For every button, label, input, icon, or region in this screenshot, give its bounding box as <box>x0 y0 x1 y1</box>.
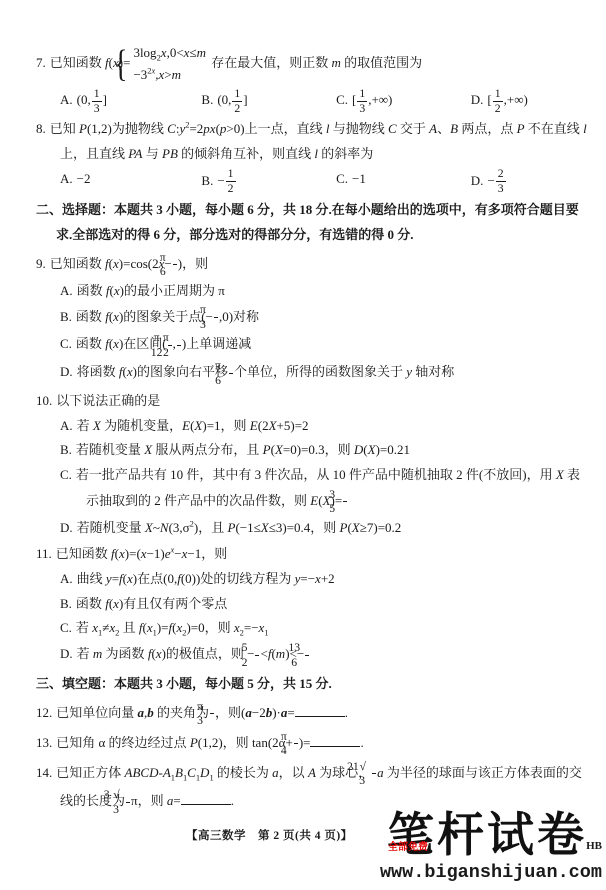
option-label: A. <box>60 571 73 586</box>
option-text: −12 <box>217 173 236 188</box>
page-footer: 【高三数学 第 2 页(共 4 页)】 <box>186 826 353 848</box>
question-number: 13. <box>36 735 52 750</box>
option-label: A. <box>60 171 73 186</box>
option-label: D. <box>60 646 73 661</box>
option-label: A. <box>60 92 73 107</box>
option-d: D.若随机变量 X~N(3,σ2)，且 P(−1≤X≤3)=0.4，则 P(X≥… <box>36 516 592 541</box>
question-body: 已知 P(1,2)为抛物线 C:y2=2px(p>0)上一点，直线 l 与抛物线… <box>50 121 587 161</box>
option-label: C. <box>336 171 348 186</box>
question-11: 11.已知函数 f(x)=(x−1)ex−x−1，则 A.曲线 y=f(x)在点… <box>36 542 592 669</box>
question-7: 7.已知函数 f(x)={3log2x,0<x≤m−32x,x>m 存在最大值，… <box>36 42 592 115</box>
option-text: [12,+∞) <box>487 92 527 107</box>
question-number: 12. <box>36 705 52 720</box>
option-label: D. <box>60 364 73 379</box>
question-7-options: A.(0,13] B.(0,12] C.[13,+∞) D.[12,+∞) <box>36 87 592 115</box>
option-b: B.−12 <box>201 167 336 195</box>
option-text: 函数 f(x)有且仅有两个零点 <box>76 596 227 611</box>
question-number: 8. <box>36 121 46 136</box>
option-text: 若一批产品共有 10 件，其中有 3 件次品，从 10 件产品中随机抽取 2 件… <box>76 467 580 508</box>
question-number: 7. <box>36 55 46 70</box>
option-b: B.函数 f(x)有且仅有两个零点 <box>36 592 592 617</box>
option-label: D. <box>471 173 484 188</box>
question-9-text: 9.已知函数 f(x)=cos(2x−π6)，则 <box>36 251 592 279</box>
question-13-text: 13.已知角 α 的终边经过点 P(1,2)，则 tan(2α+π4)=. <box>36 730 592 758</box>
option-text: 将函数 f(x)的图象向右平移π6个单位，所得的函数图象关于 y 轴对称 <box>77 364 455 379</box>
option-text: −1 <box>352 171 366 186</box>
option-text: 若随机变量 X~N(3,σ2)，且 P(−1≤X≤3)=0.4，则 P(X≥7)… <box>77 520 402 535</box>
question-number: 14. <box>36 765 52 780</box>
watermark-free-label: 全部免费 <box>388 838 428 857</box>
option-text: 函数 f(x)的图象关于点(−π3,0)对称 <box>76 309 259 324</box>
option-c: C.若 x1≠x2 且 f(x1)=f(x2)=0，则 x2=−x1 <box>36 616 592 641</box>
option-text: 若 m 为函数 f(x)的极值点，则 −52<f(m)<−136 <box>77 646 311 661</box>
option-b: B.若随机变量 X 服从两点分布，且 P(X=0)=0.3，则 D(X)=0.2… <box>36 438 592 463</box>
question-body: 已知正方体 ABCD-A1B1C1D1 的棱长为 a，以 A 为球心，√213a… <box>56 765 582 808</box>
option-label: C. <box>336 92 348 107</box>
option-c: C.函数 f(x)在区间(π12,π2)上单调递减 <box>36 331 592 359</box>
edition-code: HB <box>586 836 602 857</box>
question-body: 已知函数 f(x)={3log2x,0<x≤m−32x,x>m 存在最大值，则正… <box>50 55 422 70</box>
question-body: 以下说法正确的是 <box>56 393 160 408</box>
question-12: 12.已知单位向量 a,b 的夹角为π3，则(a−2b)·a=. <box>36 700 592 728</box>
option-text: −23 <box>487 173 506 188</box>
question-11-text: 11.已知函数 f(x)=(x−1)ex−x−1，则 <box>36 542 592 567</box>
question-body: 已知单位向量 a,b 的夹角为π3，则(a−2b)·a=. <box>56 705 348 720</box>
option-text: 函数 f(x)的最小正周期为 π <box>77 283 225 298</box>
exam-content: 7.已知函数 f(x)={3log2x,0<x≤m−32x,x>m 存在最大值，… <box>36 40 592 818</box>
question-13: 13.已知角 α 的终边经过点 P(1,2)，则 tan(2α+π4)=. <box>36 730 592 758</box>
option-b: B.函数 f(x)的图象关于点(−π3,0)对称 <box>36 303 592 331</box>
option-a: A.函数 f(x)的最小正周期为 π <box>36 279 592 304</box>
section-2-header: 二、选择题：本题共 3 小题，每小题 6 分，共 18 分.在每小题给出的选项中… <box>36 198 592 247</box>
option-label: A. <box>60 418 73 433</box>
question-10: 10.以下说法正确的是 A.若 X 为随机变量，E(X)=1，则 E(2X+5)… <box>36 389 592 540</box>
question-body: 已知角 α 的终边经过点 P(1,2)，则 tan(2α+π4)=. <box>56 735 363 750</box>
option-text: 曲线 y=f(x)在点(0,f(0))处的切线方程为 y=−x+2 <box>77 571 335 586</box>
option-label: C. <box>60 620 72 635</box>
option-label: B. <box>60 442 72 457</box>
option-a: A.若 X 为随机变量，E(X)=1，则 E(2X+5)=2 <box>36 414 592 439</box>
question-14-text: 14.已知正方体 ABCD-A1B1C1D1 的棱长为 a，以 A 为球心，√2… <box>36 760 592 817</box>
option-label: B. <box>201 92 213 107</box>
question-8-text: 8.已知 P(1,2)为抛物线 C:y2=2px(p>0)上一点，直线 l 与抛… <box>36 117 592 166</box>
question-body: 已知函数 f(x)=(x−1)ex−x−1，则 <box>56 546 227 561</box>
option-d: D.−23 <box>471 167 592 195</box>
option-text: (0,12] <box>217 92 247 107</box>
option-text: 若随机变量 X 服从两点分布，且 P(X=0)=0.3，则 D(X)=0.21 <box>76 442 410 457</box>
question-10-text: 10.以下说法正确的是 <box>36 389 592 414</box>
option-label: B. <box>60 596 72 611</box>
question-number: 9. <box>36 256 46 271</box>
option-c: C.−1 <box>336 167 471 195</box>
option-label: C. <box>60 467 72 482</box>
question-number: 10. <box>36 393 52 408</box>
question-8-options: A.−2 B.−12 C.−1 D.−23 <box>36 167 592 195</box>
question-12-text: 12.已知单位向量 a,b 的夹角为π3，则(a−2b)·a=. <box>36 700 592 728</box>
option-text: 若 x1≠x2 且 f(x1)=f(x2)=0，则 x2=−x1 <box>76 620 269 635</box>
option-text: [13,+∞) <box>352 92 392 107</box>
option-a: A.(0,13] <box>60 87 201 115</box>
option-d: D.若 m 为函数 f(x)的极值点，则 −52<f(m)<−136 <box>36 641 592 669</box>
question-14: 14.已知正方体 ABCD-A1B1C1D1 的棱长为 a，以 A 为球心，√2… <box>36 760 592 817</box>
scanned-exam-page: { "sections": { "s2": "二、选择题：本题共 3 小题，每小… <box>0 0 606 890</box>
option-d: D.将函数 f(x)的图象向右平移π6个单位，所得的函数图象关于 y 轴对称 <box>36 359 592 387</box>
option-text: (0,13] <box>77 92 107 107</box>
option-b: B.(0,12] <box>201 87 336 115</box>
option-c: C.[13,+∞) <box>336 87 471 115</box>
option-label: C. <box>60 336 72 351</box>
question-9: 9.已知函数 f(x)=cos(2x−π6)，则 A.函数 f(x)的最小正周期… <box>36 251 592 387</box>
option-a: A.−2 <box>60 167 201 195</box>
option-text: −2 <box>77 171 91 186</box>
option-label: A. <box>60 283 73 298</box>
section-3-header: 三、填空题：本题共 3 小题，每小题 5 分，共 15 分. <box>36 672 592 697</box>
option-text: 函数 f(x)在区间(π12,π2)上单调递减 <box>76 336 251 351</box>
question-body: 已知函数 f(x)=cos(2x−π6)，则 <box>50 256 208 271</box>
question-8: 8.已知 P(1,2)为抛物线 C:y2=2px(p>0)上一点，直线 l 与抛… <box>36 117 592 195</box>
option-label: B. <box>201 173 213 188</box>
option-label: D. <box>60 520 73 535</box>
option-d: D.[12,+∞) <box>471 87 592 115</box>
option-a: A.曲线 y=f(x)在点(0,f(0))处的切线方程为 y=−x+2 <box>36 567 592 592</box>
watermark: 笔杆试卷 HB 全部免费 www.biganshijuan.com <box>380 812 602 884</box>
option-label: B. <box>60 309 72 324</box>
question-number: 11. <box>36 546 52 561</box>
option-c: C.若一批产品共有 10 件，其中有 3 件次品，从 10 件产品中随机抽取 2… <box>36 463 592 516</box>
option-text: 若 X 为随机变量，E(X)=1，则 E(2X+5)=2 <box>77 418 309 433</box>
option-label: D. <box>471 92 484 107</box>
question-7-text: 7.已知函数 f(x)={3log2x,0<x≤m−32x,x>m 存在最大值，… <box>36 42 592 86</box>
watermark-url: www.biganshijuan.com <box>380 862 602 884</box>
